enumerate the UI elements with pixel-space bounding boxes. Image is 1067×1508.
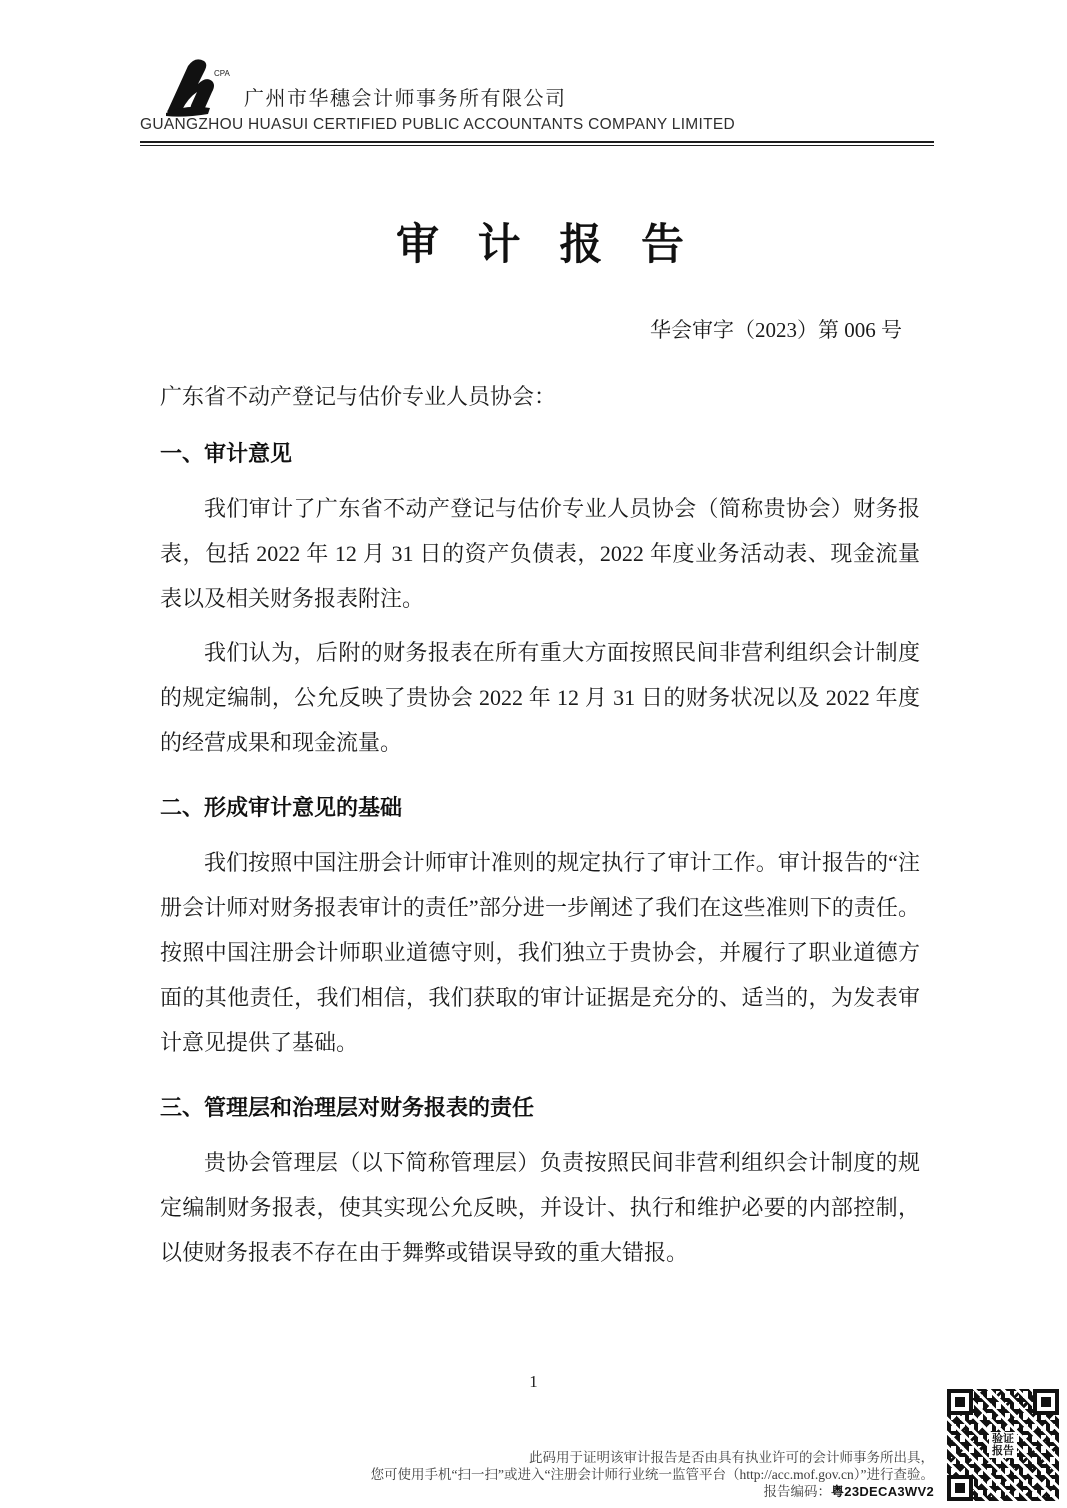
reference-number: 华会审字（2023）第 006 号 (160, 314, 920, 344)
audit-report-page: CPA 广州市华穗会计师事务所有限公司 GUANGZHOU HUASUI CER… (0, 0, 1067, 1508)
qr-label-line-2: 报告 (992, 1445, 1014, 1457)
section-heading-opinion: 一、审计意见 (160, 437, 920, 468)
letterhead: CPA 广州市华穗会计师事务所有限公司 GUANGZHOU HUASUI CER… (140, 56, 934, 146)
qr-center-label: 验证 报告 (989, 1432, 1017, 1458)
report-code-line: 报告编码：粤23DECA3WV2 (294, 1483, 934, 1500)
paragraph-basis: 我们按照中国注册会计师审计准则的规定执行了审计工作。审计报告的“注册会计师对财务… (160, 840, 920, 1065)
section-heading-responsibility: 三、管理层和治理层对财务报表的责任 (160, 1091, 920, 1122)
qr-label-line-1: 验证 (992, 1433, 1014, 1445)
company-name-en: GUANGZHOU HUASUI CERTIFIED PUBLIC ACCOUN… (140, 116, 934, 134)
qr-finder-bottom-left-icon (947, 1475, 973, 1501)
logo-cpa-label: CPA (214, 69, 231, 78)
page-number: 1 (0, 1372, 1067, 1392)
report-title: 审计报告 (160, 211, 920, 272)
paragraph-responsibility: 贵协会管理层（以下简称管理层）负责按照民间非营利组织会计制度的规定编制财务报表，… (160, 1140, 920, 1275)
company-logo: CPA (162, 58, 238, 120)
report-code-value: 粤23DECA3WV2 (831, 1484, 934, 1499)
qr-code: 验证 报告 (942, 1384, 1064, 1506)
qr-finder-top-left-icon (947, 1389, 973, 1415)
company-name-zh: 广州市华穗会计师事务所有限公司 (244, 56, 934, 111)
paragraph-opinion-statement: 我们认为，后附的财务报表在所有重大方面按照民间非营利组织会计制度的规定编制，公允… (160, 630, 920, 765)
report-body: 审计报告 华会审字（2023）第 006 号 广东省不动产登记与估价专业人员协会… (160, 145, 920, 1284)
verification-line-1: 此码用于证明该审计报告是否由具有执业许可的会计师事务所出具， (294, 1449, 934, 1466)
report-code-label: 报告编码： (764, 1484, 832, 1499)
verification-line-2: 您可使用手机“扫一扫”或进入“注册会计师行业统一监管平台（http://acc.… (294, 1466, 934, 1483)
verification-note: 此码用于证明该审计报告是否由具有执业许可的会计师事务所出具， 您可使用手机“扫一… (294, 1449, 934, 1500)
addressee-line: 广东省不动产登记与估价专业人员协会： (160, 380, 920, 411)
paragraph-opinion-scope: 我们审计了广东省不动产登记与估价专业人员协会（简称贵协会）财务报表，包括 202… (160, 486, 920, 621)
qr-finder-top-right-icon (1033, 1389, 1059, 1415)
section-heading-basis: 二、形成审计意见的基础 (160, 791, 920, 822)
